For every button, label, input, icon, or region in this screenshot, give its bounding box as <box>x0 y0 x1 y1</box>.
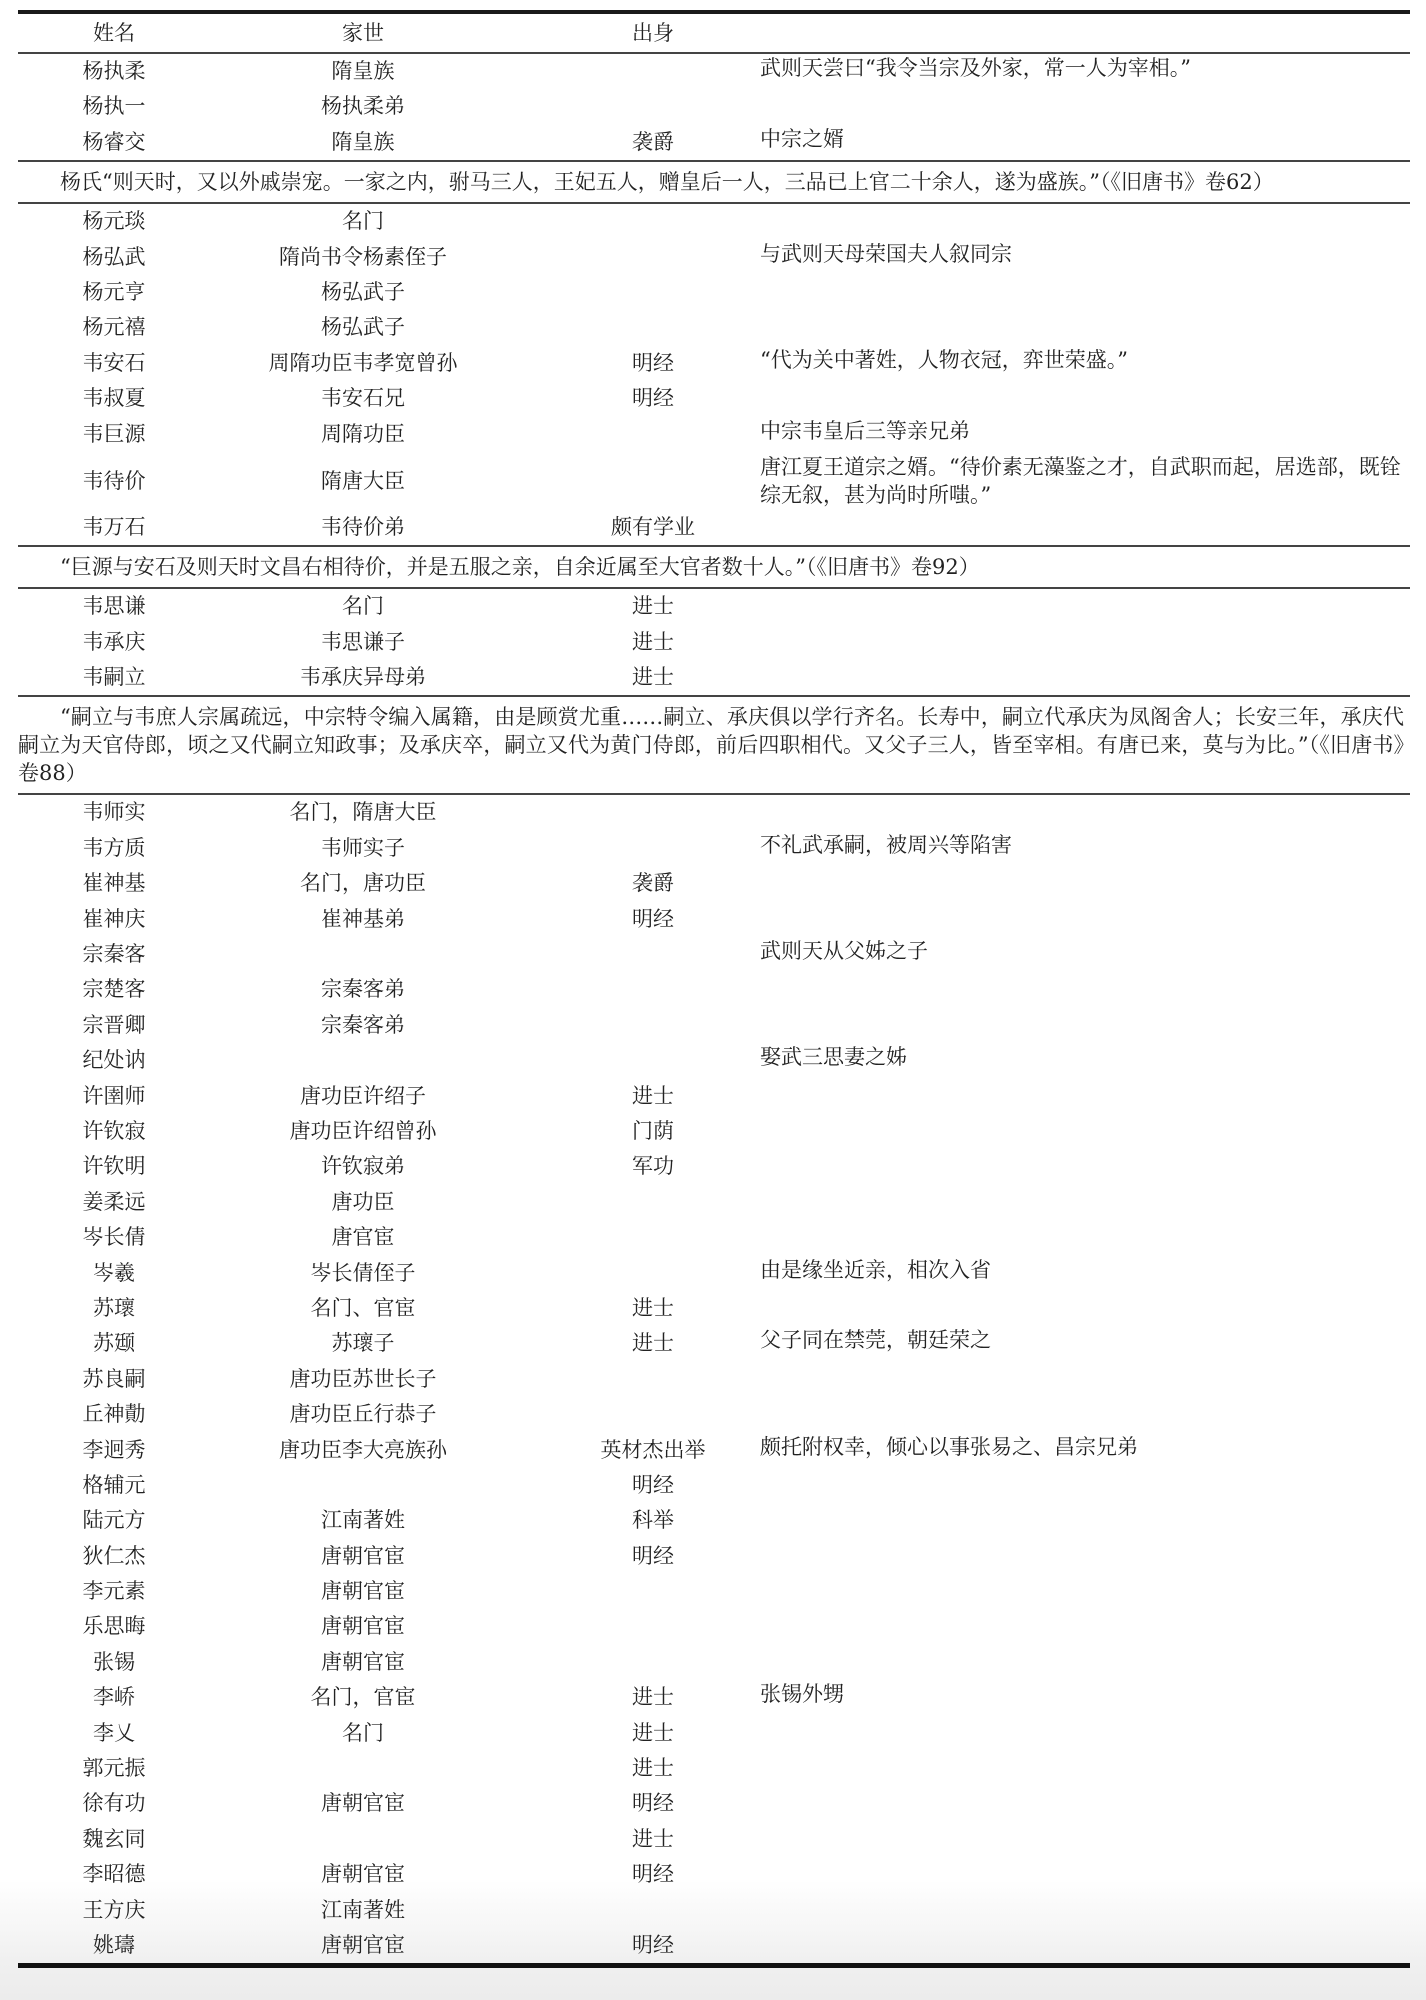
family-cell: 杨弘武子 <box>218 310 508 345</box>
table-row: 韦嗣立韦承庆异母弟进士 <box>18 660 1410 695</box>
name-cell: 韦承庆 <box>54 625 174 660</box>
table-row: 郭元振进士 <box>18 1751 1410 1786</box>
origin-cell: 进士 <box>563 1822 743 1857</box>
name-cell: 韦待价 <box>54 452 174 510</box>
name-cell: 苏瓌 <box>54 1291 174 1326</box>
table-row: 杨执一杨执柔弟 <box>18 89 1410 124</box>
table-row: 李迥秀唐功臣李大亮族孙英材杰出举颇托附权幸，倾心以事张易之、昌宗兄弟 <box>18 1433 1410 1468</box>
table-row: 崔神基名门，唐功臣袭爵 <box>18 866 1410 901</box>
note-cell: 不礼武承嗣，被周兴等陷害 <box>760 831 1420 859</box>
name-cell: 张锡 <box>54 1645 174 1680</box>
table-row: 许钦明许钦寂弟军功 <box>18 1149 1410 1184</box>
table-row: 韦思谦名门进士 <box>18 589 1410 624</box>
family-cell: 韦待价弟 <box>218 510 508 545</box>
table-row: 张锡唐朝官宦 <box>18 1645 1410 1680</box>
note-cell: 唐江夏王道宗之婿。“待价素无藻鉴之才，自武职而起，居选部，既铨综无叙，甚为尚时所… <box>760 453 1420 509</box>
table-row: 韦待价隋唐大臣唐江夏王道宗之婿。“待价素无藻鉴之才，自武职而起，居选部，既铨综无… <box>18 452 1410 510</box>
origin-cell: 明经 <box>563 902 743 937</box>
name-cell: 韦万石 <box>54 510 174 545</box>
origin-cell: 明经 <box>563 1468 743 1503</box>
family-cell: 隋尚书令杨素侄子 <box>218 240 508 275</box>
table-row: 岑羲岑长倩侄子由是缘坐近亲，相次入省 <box>18 1256 1410 1291</box>
family-cell: 名门，隋唐大臣 <box>218 795 508 830</box>
family-cell: 韦安石兄 <box>218 381 508 416</box>
origin-cell: 门荫 <box>563 1114 743 1149</box>
family-cell: 唐朝官宦 <box>218 1539 508 1574</box>
family-cell: 隋唐大臣 <box>218 452 508 510</box>
name-cell: 韦师实 <box>54 795 174 830</box>
family-cell: 唐朝官宦 <box>218 1857 508 1892</box>
name-cell: 乐思晦 <box>54 1609 174 1644</box>
name-cell: 宗晋卿 <box>54 1008 174 1043</box>
name-cell: 许钦明 <box>54 1149 174 1184</box>
family-cell: 杨执柔弟 <box>218 89 508 124</box>
family-cell: 唐朝官宦 <box>218 1645 508 1680</box>
name-cell: 李元素 <box>54 1574 174 1609</box>
table-row: 韦巨源周隋功臣中宗韦皇后三等亲兄弟 <box>18 417 1410 452</box>
table-row: 宗楚客宗秦客弟 <box>18 972 1410 1007</box>
family-cell: 韦思谦子 <box>218 625 508 660</box>
family-cell: 唐功臣李大亮族孙 <box>218 1433 508 1468</box>
family-cell: 江南著姓 <box>218 1503 508 1538</box>
origin-cell: 进士 <box>563 1079 743 1114</box>
name-cell: 李乂 <box>54 1716 174 1751</box>
table-row: 许圉师唐功臣许绍子进士 <box>18 1079 1410 1114</box>
origin-cell: 进士 <box>563 1751 743 1786</box>
table-row: 杨睿交隋皇族袭爵中宗之婿 <box>18 125 1410 160</box>
family-cell: 崔神基弟 <box>218 902 508 937</box>
table-row: 韦万石韦待价弟颇有学业 <box>18 510 1410 545</box>
origin-cell: 袭爵 <box>563 125 743 160</box>
family-cell: 韦承庆异母弟 <box>218 660 508 695</box>
name-cell: 许圉师 <box>54 1079 174 1114</box>
name-cell: 宗秦客 <box>54 937 174 972</box>
origin-cell: 科举 <box>563 1503 743 1538</box>
family-cell: 唐功臣丘行恭子 <box>218 1397 508 1432</box>
origin-cell: 明经 <box>563 1857 743 1892</box>
header-name: 姓名 <box>54 14 174 52</box>
header-family: 家世 <box>218 14 508 52</box>
origin-cell: 袭爵 <box>563 866 743 901</box>
family-cell: 宗秦客弟 <box>218 972 508 1007</box>
family-cell: 隋皇族 <box>218 125 508 160</box>
table-row: 李元素唐朝官宦 <box>18 1574 1410 1609</box>
table-row: 丘神勣唐功臣丘行恭子 <box>18 1397 1410 1432</box>
family-cell: 名门 <box>218 1716 508 1751</box>
table-row: 杨元禧杨弘武子 <box>18 310 1410 345</box>
table-row: 许钦寂唐功臣许绍曾孙门荫 <box>18 1114 1410 1149</box>
table-row: 乐思晦唐朝官宦 <box>18 1609 1410 1644</box>
note-cell: “代为关中著姓，人物衣冠，弈世荣盛。” <box>760 346 1420 374</box>
name-cell: 崔神基 <box>54 866 174 901</box>
name-cell: 李昭德 <box>54 1857 174 1892</box>
origin-cell: 明经 <box>563 381 743 416</box>
source-quote: 杨氏“则天时，又以外戚崇宠。一家之内，驸马三人，王妃五人，赠皇后一人，三品已上官… <box>18 162 1410 202</box>
family-cell: 韦师实子 <box>218 831 508 866</box>
name-cell: 杨弘武 <box>54 240 174 275</box>
name-cell: 杨元禧 <box>54 310 174 345</box>
table-row: 纪处讷娶武三思妻之姊 <box>18 1043 1410 1078</box>
name-cell: 徐有功 <box>54 1786 174 1821</box>
name-cell: 许钦寂 <box>54 1114 174 1149</box>
name-cell: 宗楚客 <box>54 972 174 1007</box>
name-cell: 杨睿交 <box>54 125 174 160</box>
family-cell: 名门，官宦 <box>218 1680 508 1715</box>
origin-cell: 明经 <box>563 1928 743 1963</box>
family-cell: 名门 <box>218 204 508 239</box>
family-cell: 宗秦客弟 <box>218 1008 508 1043</box>
origin-cell: 明经 <box>563 1786 743 1821</box>
family-cell: 唐功臣许绍曾孙 <box>218 1114 508 1149</box>
family-cell: 唐朝官宦 <box>218 1609 508 1644</box>
table-row: 姜柔远唐功臣 <box>18 1185 1410 1220</box>
origin-cell: 进士 <box>563 589 743 624</box>
origin-cell: 进士 <box>563 1680 743 1715</box>
origin-cell: 进士 <box>563 1716 743 1751</box>
table-row: 崔神庆崔神基弟明经 <box>18 902 1410 937</box>
family-cell: 周隋功臣韦孝宽曾孙 <box>218 346 508 381</box>
family-cell: 隋皇族 <box>218 54 508 89</box>
origin-cell: 进士 <box>563 660 743 695</box>
officials-table: 姓名 家世 出身 杨执柔隋皇族武则天尝曰“我令当宗及外家，常一人为宰相。”杨执一… <box>18 10 1410 1968</box>
table-body: 杨执柔隋皇族武则天尝曰“我令当宗及外家，常一人为宰相。”杨执一杨执柔弟杨睿交隋皇… <box>18 54 1410 1963</box>
name-cell: 狄仁杰 <box>54 1539 174 1574</box>
origin-cell: 明经 <box>563 1539 743 1574</box>
name-cell: 韦叔夏 <box>54 381 174 416</box>
table-row: 杨元亨杨弘武子 <box>18 275 1410 310</box>
family-cell: 杨弘武子 <box>218 275 508 310</box>
name-cell: 魏玄同 <box>54 1822 174 1857</box>
family-cell: 唐官宦 <box>218 1220 508 1255</box>
name-cell: 李峤 <box>54 1680 174 1715</box>
origin-cell: 进士 <box>563 625 743 660</box>
family-cell: 名门、官宦 <box>218 1291 508 1326</box>
origin-cell: 进士 <box>563 1326 743 1361</box>
table-row: 魏玄同进士 <box>18 1822 1410 1857</box>
name-cell: 李迥秀 <box>54 1433 174 1468</box>
table-row: 杨弘武隋尚书令杨素侄子与武则天母荣国夫人叙同宗 <box>18 240 1410 275</box>
family-cell: 唐功臣许绍子 <box>218 1079 508 1114</box>
table-row: 韦师实名门，隋唐大臣 <box>18 795 1410 830</box>
family-cell: 周隋功臣 <box>218 417 508 452</box>
note-cell: 中宗之婿 <box>760 125 1420 153</box>
origin-cell: 颇有学业 <box>563 510 743 545</box>
table-row: 宗晋卿宗秦客弟 <box>18 1008 1410 1043</box>
table-row: 李峤名门，官宦进士张锡外甥 <box>18 1680 1410 1715</box>
name-cell: 岑羲 <box>54 1256 174 1291</box>
note-cell: 由是缘坐近亲，相次入省 <box>760 1256 1420 1284</box>
note-cell: 父子同在禁莞，朝廷荣之 <box>760 1326 1420 1354</box>
table-row: 韦承庆韦思谦子进士 <box>18 625 1410 660</box>
table-row: 徐有功唐朝官宦明经 <box>18 1786 1410 1821</box>
table-row: 韦安石周隋功臣韦孝宽曾孙明经“代为关中著姓，人物衣冠，弈世荣盛。” <box>18 346 1410 381</box>
name-cell: 韦巨源 <box>54 417 174 452</box>
name-cell: 崔神庆 <box>54 902 174 937</box>
table-row: 苏颋苏瓌子进士父子同在禁莞，朝廷荣之 <box>18 1326 1410 1361</box>
name-cell: 姜柔远 <box>54 1185 174 1220</box>
table-row: 格辅元明经 <box>18 1468 1410 1503</box>
source-quote: “巨源与安石及则天时文昌右相待价，并是五服之亲，自余近属至大官者数十人。”（《旧… <box>18 547 1410 587</box>
name-cell: 姚璹 <box>54 1928 174 1963</box>
name-cell: 韦方质 <box>54 831 174 866</box>
table-row: 王方庆江南著姓 <box>18 1893 1410 1928</box>
note-cell: 武则天从父姊之子 <box>760 937 1420 965</box>
table-row: 狄仁杰唐朝官宦明经 <box>18 1539 1410 1574</box>
name-cell: 岑长倩 <box>54 1220 174 1255</box>
name-cell: 杨执柔 <box>54 54 174 89</box>
table-row: 苏瓌名门、官宦进士 <box>18 1291 1410 1326</box>
note-cell: 中宗韦皇后三等亲兄弟 <box>760 417 1420 445</box>
family-cell: 许钦寂弟 <box>218 1149 508 1184</box>
origin-cell: 军功 <box>563 1149 743 1184</box>
table-row: 韦叔夏韦安石兄明经 <box>18 381 1410 416</box>
table-row: 陆元方江南著姓科举 <box>18 1503 1410 1538</box>
name-cell: 韦安石 <box>54 346 174 381</box>
table-row: 姚璹唐朝官宦明经 <box>18 1928 1410 1963</box>
name-cell: 格辅元 <box>54 1468 174 1503</box>
origin-cell: 进士 <box>563 1291 743 1326</box>
family-cell: 唐朝官宦 <box>218 1574 508 1609</box>
header-origin: 出身 <box>563 14 743 52</box>
family-cell: 名门 <box>218 589 508 624</box>
name-cell: 苏颋 <box>54 1326 174 1361</box>
table-row: 苏良嗣唐功臣苏世长子 <box>18 1362 1410 1397</box>
table-row: 宗秦客武则天从父姊之子 <box>18 937 1410 972</box>
note-cell: 颇托附权幸，倾心以事张易之、昌宗兄弟 <box>760 1433 1420 1461</box>
note-cell: 与武则天母荣国夫人叙同宗 <box>760 240 1420 268</box>
family-cell: 苏瓌子 <box>218 1326 508 1361</box>
origin-cell: 明经 <box>563 346 743 381</box>
table-row: 杨元琰名门 <box>18 204 1410 239</box>
family-cell: 江南著姓 <box>218 1893 508 1928</box>
table-row: 岑长倩唐官宦 <box>18 1220 1410 1255</box>
name-cell: 丘神勣 <box>54 1397 174 1432</box>
name-cell: 苏良嗣 <box>54 1362 174 1397</box>
family-cell: 唐功臣苏世长子 <box>218 1362 508 1397</box>
family-cell: 岑长倩侄子 <box>218 1256 508 1291</box>
note-cell: 武则天尝曰“我令当宗及外家，常一人为宰相。” <box>760 54 1420 82</box>
note-cell: 张锡外甥 <box>760 1680 1420 1708</box>
family-cell: 唐功臣 <box>218 1185 508 1220</box>
table-row: 李昭德唐朝官宦明经 <box>18 1857 1410 1892</box>
table-row: 杨执柔隋皇族武则天尝曰“我令当宗及外家，常一人为宰相。” <box>18 54 1410 89</box>
name-cell: 王方庆 <box>54 1893 174 1928</box>
table-bottom-rule <box>18 1963 1410 1968</box>
name-cell: 陆元方 <box>54 1503 174 1538</box>
source-quote: “嗣立与韦庶人宗属疏远，中宗特令编入属籍，由是顾赏尤重……嗣立、承庆俱以学行齐名… <box>18 697 1410 793</box>
name-cell: 杨元亨 <box>54 275 174 310</box>
name-cell: 韦思谦 <box>54 589 174 624</box>
table-header: 姓名 家世 出身 <box>18 14 1410 52</box>
origin-cell: 英材杰出举 <box>563 1433 743 1468</box>
table-row: 韦方质韦师实子不礼武承嗣，被周兴等陷害 <box>18 831 1410 866</box>
family-cell: 唐朝官宦 <box>218 1928 508 1963</box>
note-cell: 娶武三思妻之姊 <box>760 1043 1420 1071</box>
name-cell: 杨元琰 <box>54 204 174 239</box>
name-cell: 杨执一 <box>54 89 174 124</box>
table-row: 李乂名门进士 <box>18 1716 1410 1751</box>
name-cell: 纪处讷 <box>54 1043 174 1078</box>
family-cell: 唐朝官宦 <box>218 1786 508 1821</box>
family-cell: 名门，唐功臣 <box>218 866 508 901</box>
name-cell: 郭元振 <box>54 1751 174 1786</box>
name-cell: 韦嗣立 <box>54 660 174 695</box>
